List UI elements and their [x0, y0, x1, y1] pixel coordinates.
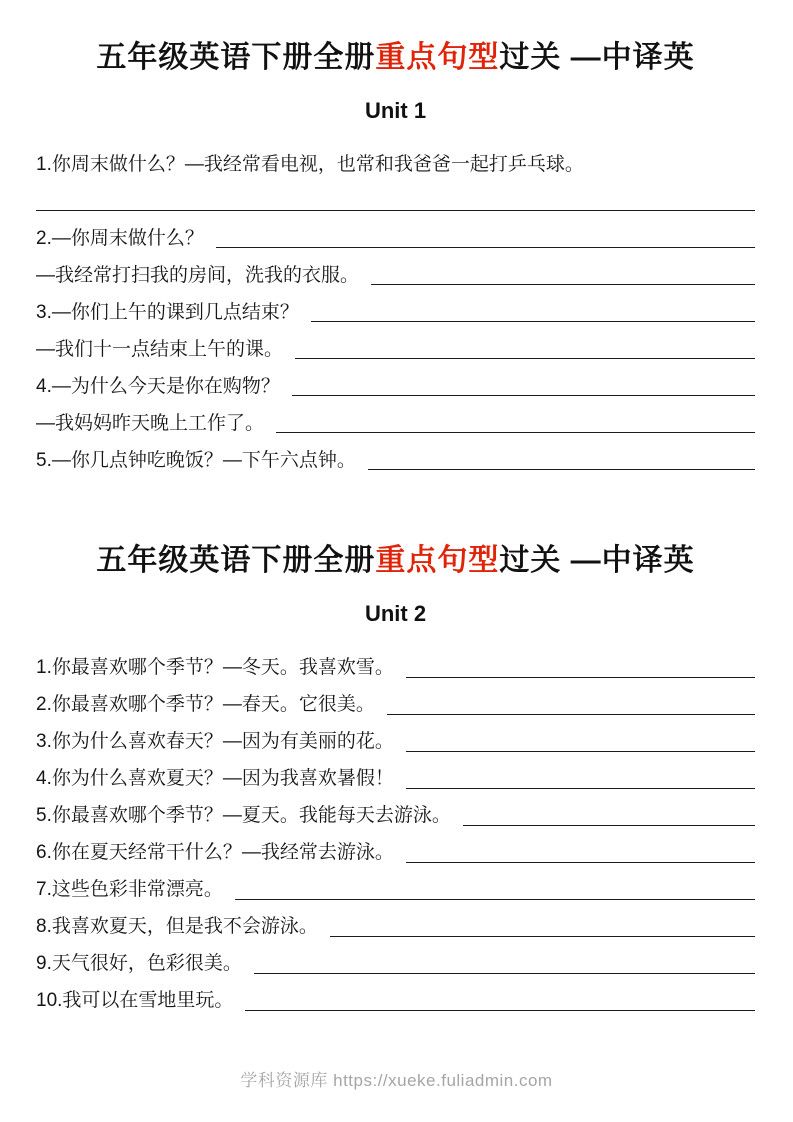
- answer-blank: [245, 1010, 755, 1011]
- question-row: 7.这些色彩非常漂亮。: [36, 866, 755, 903]
- answer-blank: [387, 714, 755, 715]
- answer-blank: [463, 825, 755, 826]
- question-text: 10.我可以在雪地里玩。: [36, 989, 233, 1014]
- answer-blank: [368, 469, 755, 470]
- question-text: 5.你最喜欢哪个季节？—夏天。我能每天去游泳。: [36, 804, 451, 829]
- answer-blank: [254, 973, 755, 974]
- answer-blank: [235, 899, 755, 900]
- title-prefix: 五年级英语下册全册: [96, 41, 375, 74]
- unit1-heading: Unit 1: [36, 98, 755, 124]
- answer-blank: [276, 432, 755, 433]
- question-row: 2.—你周末做什么？: [36, 214, 755, 251]
- question-text: 1.你周末做什么？—我经常看电视，也常和我爸爸一起打乒乓球。: [36, 153, 584, 178]
- answer-blank: [406, 677, 755, 678]
- title-suffix: 过关 —中译英: [499, 41, 694, 74]
- question-row: —我们十一点结束上午的课。: [36, 325, 755, 362]
- title-prefix: 五年级英语下册全册: [96, 544, 375, 577]
- answer-blank: [406, 788, 755, 789]
- answer-blank: [406, 862, 755, 863]
- question-text: 4.—为什么今天是你在购物？: [36, 375, 280, 400]
- question-row: 5.你最喜欢哪个季节？—夏天。我能每天去游泳。: [36, 792, 755, 829]
- question-text: 5.—你几点钟吃晚饭？—下午六点钟。: [36, 449, 356, 474]
- question-row: 4.—为什么今天是你在购物？: [36, 362, 755, 399]
- unit2-section: 五年级英语下册全册重点句型过关 —中译英 Unit 2 1.你最喜欢哪个季节？—…: [36, 543, 755, 1013]
- answer-blank-row: [36, 177, 755, 214]
- question-text: 2.—你周末做什么？: [36, 227, 204, 252]
- unit1-section: 五年级英语下册全册重点句型过关 —中译英 Unit 1 1.你周末做什么？—我经…: [36, 40, 755, 473]
- worksheet-title: 五年级英语下册全册重点句型过关 —中译英: [36, 40, 755, 76]
- question-text: —我妈妈昨天晚上工作了。: [36, 412, 264, 437]
- question-row: —我经常打扫我的房间，洗我的衣服。: [36, 251, 755, 288]
- answer-blank: [295, 358, 755, 359]
- answer-blank: [311, 321, 755, 322]
- answer-blank: [36, 210, 755, 211]
- question-row: 2.你最喜欢哪个季节？—春天。它很美。: [36, 681, 755, 718]
- answer-blank: [406, 751, 755, 752]
- worksheet-title: 五年级英语下册全册重点句型过关 —中译英: [36, 543, 755, 579]
- question-text: 1.你最喜欢哪个季节？—冬天。我喜欢雪。: [36, 656, 394, 681]
- question-row: 4.你为什么喜欢夏天？—因为我喜欢暑假！: [36, 755, 755, 792]
- question-text: 9.天气很好，色彩很美。: [36, 952, 242, 977]
- unit2-question-list: 1.你最喜欢哪个季节？—冬天。我喜欢雪。 2.你最喜欢哪个季节？—春天。它很美。…: [36, 644, 755, 1014]
- question-row: 10.我可以在雪地里玩。: [36, 977, 755, 1014]
- question-text: 6.你在夏天经常干什么？—我经常去游泳。: [36, 841, 394, 866]
- watermark-text: 学科资源库 https://xueke.fuliadmin.com: [240, 1071, 552, 1090]
- title-highlight: 重点句型: [375, 41, 499, 74]
- worksheet-page: 五年级英语下册全册重点句型过关 —中译英 Unit 1 1.你周末做什么？—我经…: [0, 0, 793, 1122]
- question-row: —我妈妈昨天晚上工作了。: [36, 399, 755, 436]
- question-text: —我们十一点结束上午的课。: [36, 338, 283, 363]
- question-row: 9.天气很好，色彩很美。: [36, 940, 755, 977]
- answer-blank: [330, 936, 755, 937]
- title-highlight: 重点句型: [375, 544, 499, 577]
- question-row: 1.你周末做什么？—我经常看电视，也常和我爸爸一起打乒乓球。: [36, 140, 755, 177]
- unit2-heading: Unit 2: [36, 601, 755, 627]
- question-text: 3.你为什么喜欢春天？—因为有美丽的花。: [36, 730, 394, 755]
- footer: 学科资源库 https://xueke.fuliadmin.com: [0, 1066, 793, 1091]
- answer-blank: [292, 395, 755, 396]
- question-row: 8.我喜欢夏天，但是我不会游泳。: [36, 903, 755, 940]
- question-text: —我经常打扫我的房间，洗我的衣服。: [36, 264, 359, 289]
- question-text: 2.你最喜欢哪个季节？—春天。它很美。: [36, 693, 375, 718]
- question-row: 5.—你几点钟吃晚饭？—下午六点钟。: [36, 436, 755, 473]
- answer-blank: [371, 284, 755, 285]
- question-text: 3.—你们上午的课到几点结束？: [36, 301, 299, 326]
- question-text: 7.这些色彩非常漂亮。: [36, 878, 223, 903]
- question-text: 8.我喜欢夏天，但是我不会游泳。: [36, 915, 318, 940]
- question-row: 3.你为什么喜欢春天？—因为有美丽的花。: [36, 718, 755, 755]
- question-row: 3.—你们上午的课到几点结束？: [36, 288, 755, 325]
- question-row: 1.你最喜欢哪个季节？—冬天。我喜欢雪。: [36, 644, 755, 681]
- answer-blank: [216, 247, 755, 248]
- question-text: 4.你为什么喜欢夏天？—因为我喜欢暑假！: [36, 767, 394, 792]
- question-row: 6.你在夏天经常干什么？—我经常去游泳。: [36, 829, 755, 866]
- title-suffix: 过关 —中译英: [499, 544, 694, 577]
- unit1-question-list: 1.你周末做什么？—我经常看电视，也常和我爸爸一起打乒乓球。 2.—你周末做什么…: [36, 140, 755, 473]
